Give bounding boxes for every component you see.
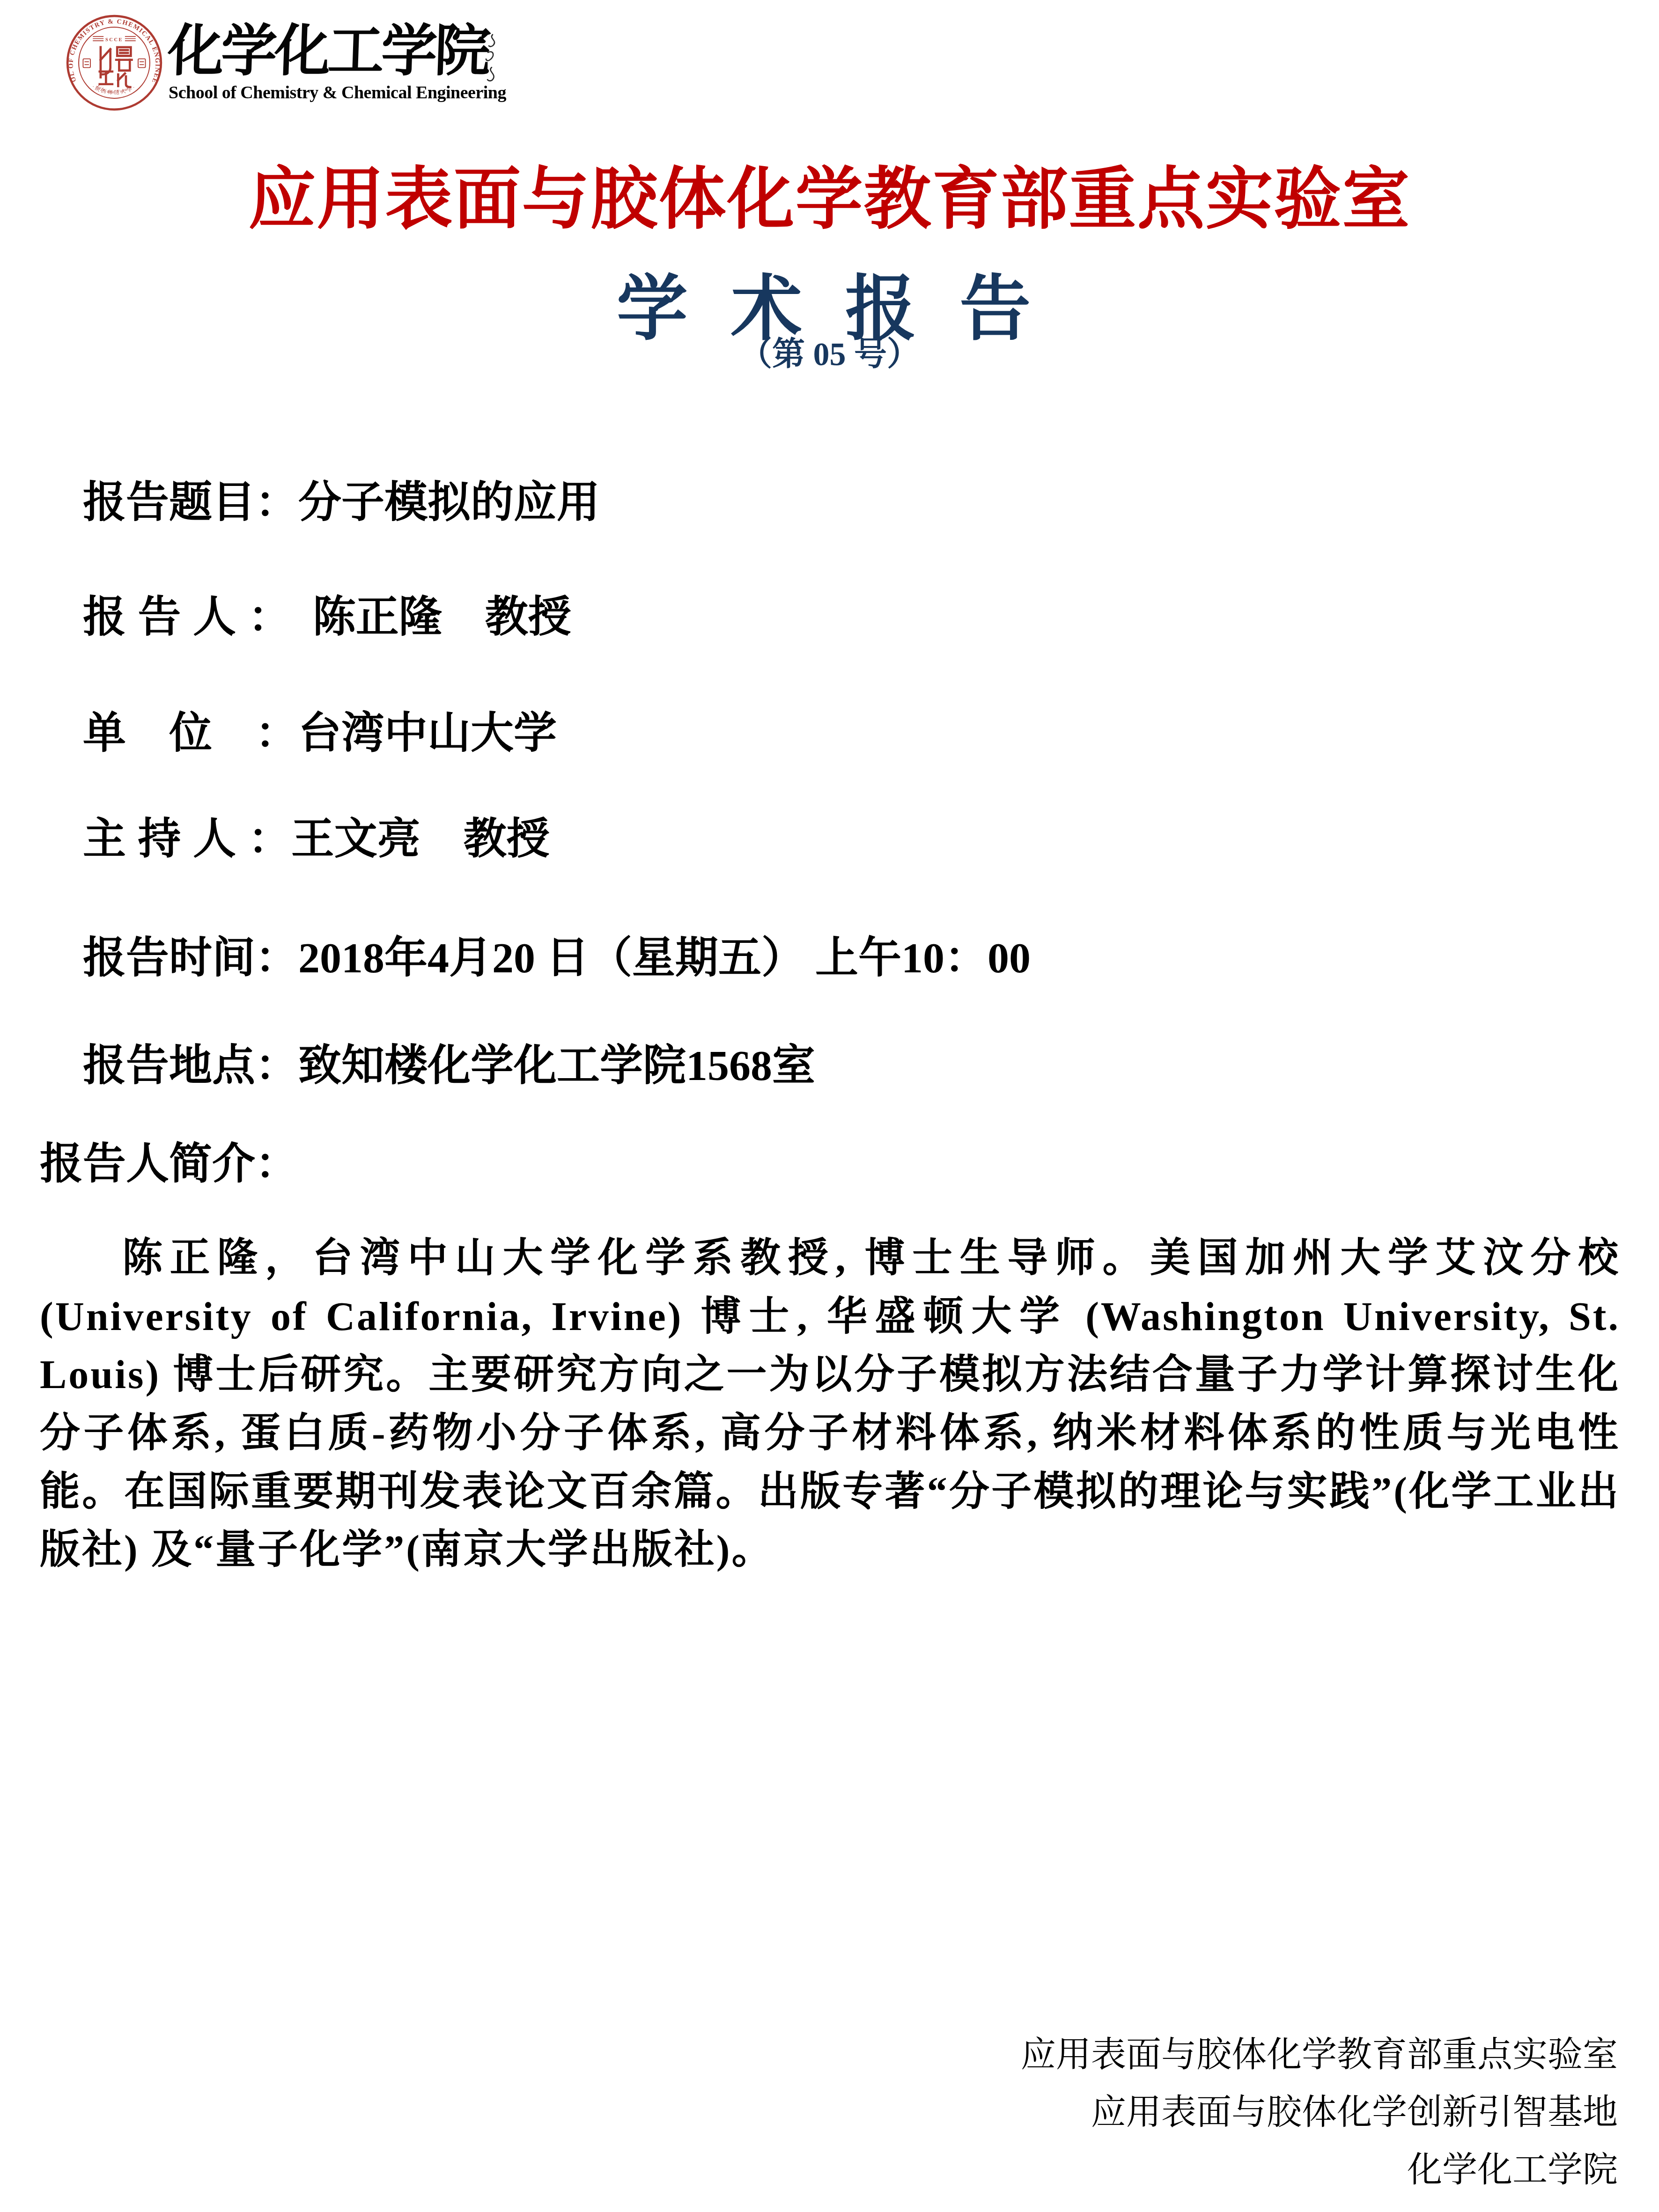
- seal-acronym: SCCE: [105, 37, 123, 43]
- info-value-affiliation: 台湾中山大学: [298, 709, 557, 757]
- issue-number: （第 05 号）: [0, 328, 1659, 375]
- footer-line-school: 化学化工学院: [1021, 2141, 1618, 2199]
- bio-paragraph: 陈正隆，台湾中山大学化学系教授, 博士生导师。美国加州大学艾汶分校 (Unive…: [40, 1229, 1620, 1579]
- info-value-host: 王文亮 教授: [291, 815, 550, 863]
- lab-title: 应用表面与胶体化学教育部重点实验室: [0, 145, 1659, 242]
- info-label-host: 主 持 人 ：: [83, 815, 291, 863]
- info-label-speaker: 报 告 人 ：: [83, 593, 270, 641]
- info-value-location: 致知楼化学化工学院1568室: [298, 1042, 815, 1089]
- info-label-affiliation: 单 位 ：: [83, 709, 298, 757]
- info-value-speaker: 陈正隆 教授: [270, 593, 571, 641]
- info-row-location: 报告地点：致知楼化学化工学院1568室: [40, 992, 815, 1140]
- school-name-calligraphy: 化学化工学院: [166, 18, 489, 85]
- seal-script-characters: [100, 47, 132, 87]
- info-label-topic: 报告题目：: [83, 478, 298, 526]
- info-label-location: 报告地点：: [83, 1042, 298, 1089]
- seal-outer-ring: [67, 16, 161, 110]
- seal-side-ornaments: [83, 59, 145, 68]
- footer: 应用表面与胶体化学教育部重点实验室 应用表面与胶体化学创新引智基地 化学化工学院: [1021, 2026, 1618, 2199]
- bio-heading: 报告人简介：: [40, 1129, 298, 1191]
- info-value-topic: 分子模拟的应用: [298, 478, 600, 526]
- school-seal-logo: SCHOOL OF CHEMISTRY & CHEMICAL ENGINEERI…: [66, 14, 163, 111]
- calligrapher-signature: [482, 32, 500, 88]
- seminar-announcement-page: SCHOOL OF CHEMISTRY & CHEMICAL ENGINEERI…: [0, 0, 1659, 2212]
- info-value-time: 2018年4月20 日（星期五） 上午10：00: [298, 934, 1031, 982]
- info-label-time: 报告时间：: [83, 934, 298, 982]
- footer-line-base: 应用表面与胶体化学创新引智基地: [1021, 2084, 1618, 2141]
- footer-line-lab: 应用表面与胶体化学教育部重点实验室: [1021, 2026, 1618, 2084]
- school-name-english: School of Chemistry & Chemical Engineeri…: [169, 82, 506, 103]
